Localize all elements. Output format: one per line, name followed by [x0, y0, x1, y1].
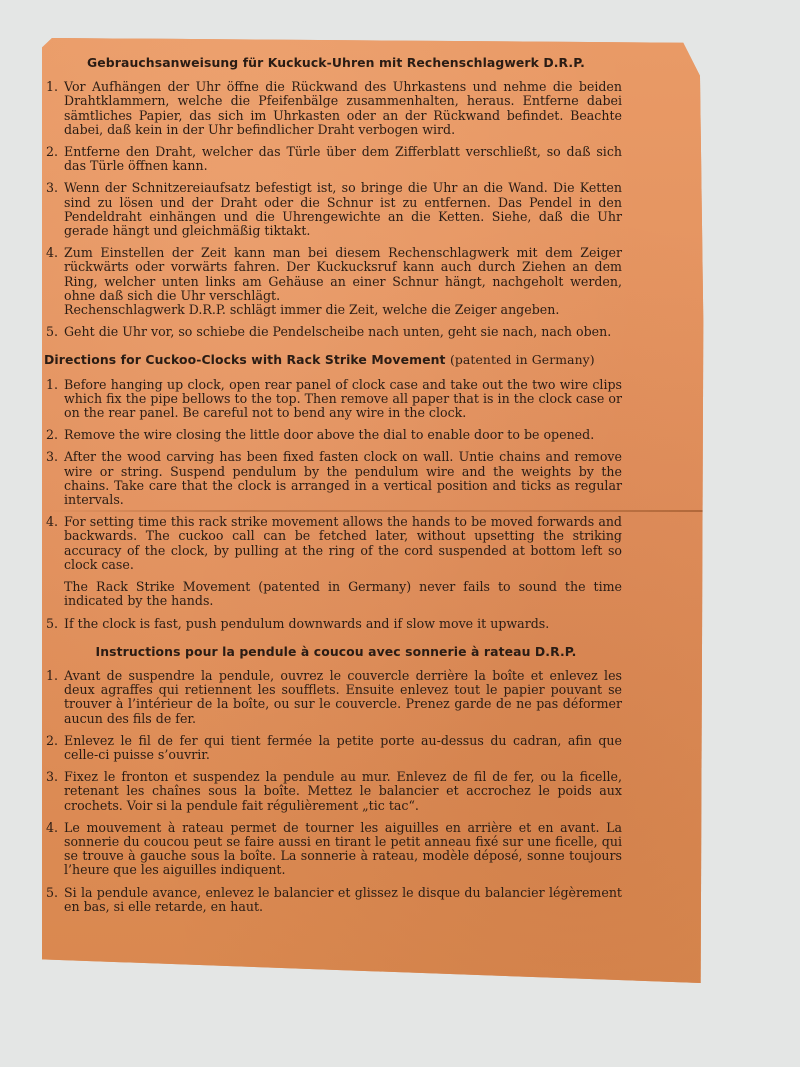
list-item: 3.Fixez le fronton et suspendez la pendu… [50, 770, 622, 813]
list-item: 3.Wenn der Schnitzereiaufsatz befestigt … [50, 181, 622, 238]
section-title-french: Instructions pour la pendule à coucou av… [50, 645, 622, 659]
list-item: 5.Geht die Uhr vor, so schiebe die Pende… [50, 325, 622, 339]
list-item: 5.If the clock is fast, push pendulum do… [50, 617, 622, 631]
list-item: 4.Le mouvement à rateau permet de tourne… [50, 821, 622, 878]
list-item: 4.Zum Einstellen der Zeit kann man bei d… [50, 246, 622, 317]
section-french: Instructions pour la pendule à coucou av… [50, 645, 622, 914]
instruction-list-french: 1.Avant de suspendre la pendule, ouvrez … [50, 669, 622, 914]
list-item: 3.After the wood carving has been fixed … [50, 450, 622, 507]
item-note: The Rack Strike Movement (patented in Ge… [64, 580, 622, 608]
section-title-german: Gebrauchsanweisung für Kuckuck-Uhren mit… [50, 56, 622, 70]
list-item: 1.Vor Aufhängen der Uhr öffne die Rückwa… [50, 80, 622, 137]
list-item: 1.Avant de suspendre la pendule, ouvrez … [50, 669, 622, 726]
section-english: Directions for Cuckoo-Clocks with Rack S… [50, 353, 622, 630]
instruction-list-german: 1.Vor Aufhängen der Uhr öffne die Rückwa… [50, 80, 622, 339]
list-item: 2.Entferne den Draht, welcher das Türle … [50, 145, 622, 173]
instruction-list-english: 1.Before hanging up clock, open rear pan… [50, 378, 622, 631]
list-item: 2.Remove the wire closing the little doo… [50, 428, 622, 442]
list-item: 5.Si la pendule avance, enlevez le balan… [50, 886, 622, 914]
item-note: Rechenschlagwerk D.R.P. schlägt immer di… [64, 303, 622, 317]
list-item: 4.For setting time this rack strike move… [50, 515, 622, 608]
section-title-english: Directions for Cuckoo-Clocks with Rack S… [44, 353, 622, 367]
list-item: 2.Enlevez le fil de fer qui tient fermée… [50, 734, 622, 762]
section-german: Gebrauchsanweisung für Kuckuck-Uhren mit… [50, 56, 622, 339]
list-item: 1.Before hanging up clock, open rear pan… [50, 378, 622, 421]
document-content: Gebrauchsanweisung für Kuckuck-Uhren mit… [50, 56, 622, 928]
